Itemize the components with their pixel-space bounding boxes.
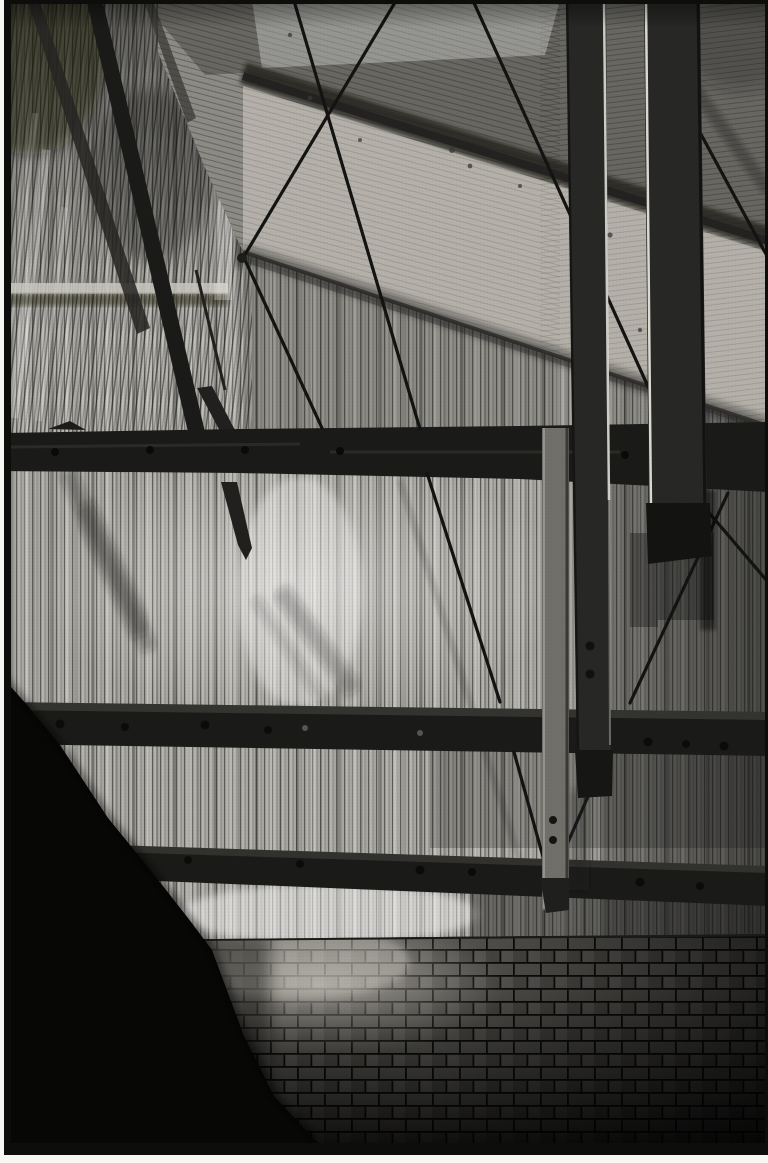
architectural-photograph <box>0 0 768 1163</box>
photo-content <box>0 0 768 1163</box>
halftone-grain <box>0 0 768 1163</box>
top-vignette <box>0 0 768 28</box>
photo-page <box>0 0 768 1163</box>
photo-canvas <box>0 0 768 1163</box>
